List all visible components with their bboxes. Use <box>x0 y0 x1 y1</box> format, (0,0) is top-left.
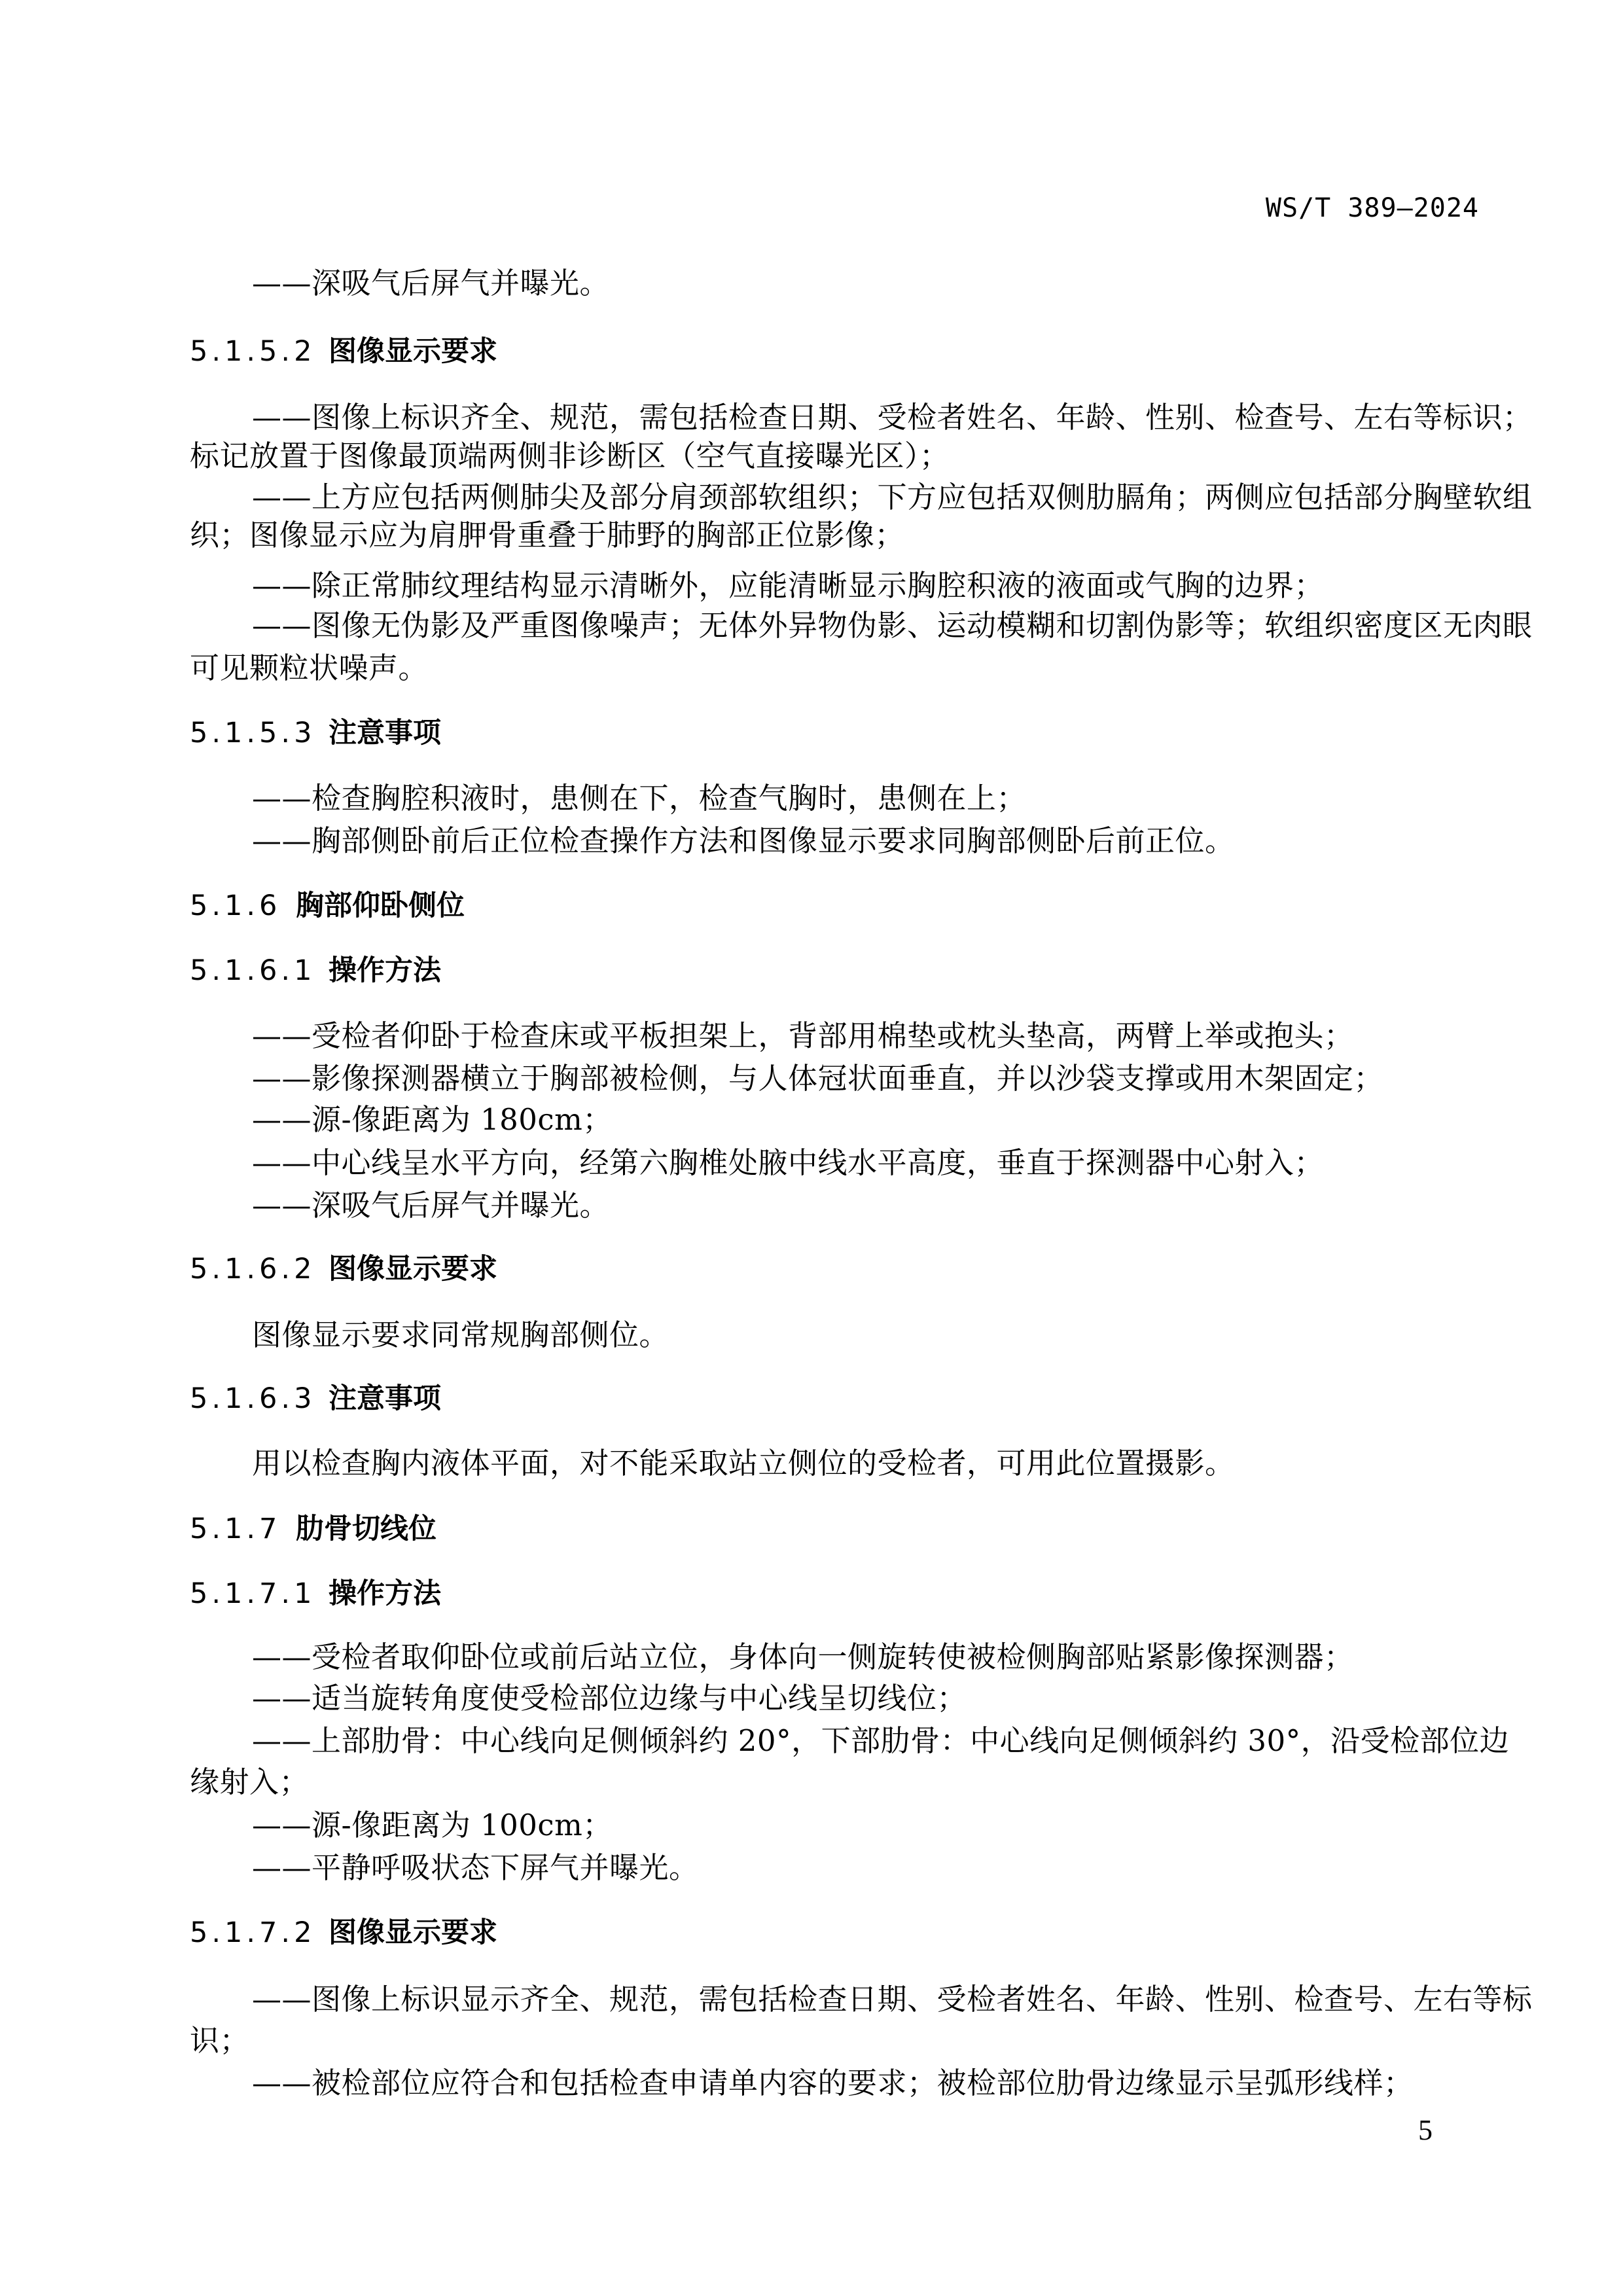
list-item: ——除正常肺纹理结构显示清晰外，应能清晰显示胸腔积液的液面或气胸的边界； <box>252 566 1544 605</box>
section-title: 操作方法 <box>329 1577 441 1610</box>
section-heading-5-1-6-3: 5.1.6.3注意事项 <box>190 1379 441 1418</box>
section-heading-5-1-5-2: 5.1.5.2图像显示要求 <box>190 332 497 371</box>
section-title: 胸部仰卧侧位 <box>296 889 465 922</box>
list-item: ——检查胸腔积液时，患侧在下，检查气胸时，患侧在上； <box>252 779 1544 818</box>
list-item: ——源-像距离为 180cm； <box>252 1100 1544 1139</box>
section-heading-5-1-6: 5.1.6胸部仰卧侧位 <box>190 886 465 925</box>
document-page: WS/T 389—2024 ——深吸气后屏气并曝光。 5.1.5.2图像显示要求… <box>0 0 1623 2296</box>
list-item-continuation: 标记放置于图像最顶端两侧非诊断区（空气直接曝光区）； <box>190 437 1482 476</box>
list-item: ——源-像距离为 100cm； <box>252 1806 1544 1845</box>
section-title: 图像显示要求 <box>329 335 497 368</box>
list-item: ——深吸气后屏气并曝光。 <box>252 264 1544 303</box>
list-item: ——图像无伪影及严重图像噪声；无体外异物伪影、运动模糊和切割伪影等；软组织密度区… <box>252 606 1544 645</box>
list-item: ——受检者仰卧于检查床或平板担架上，背部用棉垫或枕头垫高，两臂上举或抱头； <box>252 1016 1544 1056</box>
section-number: 5.1.6.1 <box>190 951 321 990</box>
section-number: 5.1.5.2 <box>190 332 321 371</box>
section-number: 5.1.7.2 <box>190 1913 321 1952</box>
section-number: 5.1.6.2 <box>190 1249 321 1289</box>
section-heading-5-1-7-1: 5.1.7.1操作方法 <box>190 1574 441 1613</box>
standard-code-header: WS/T 389—2024 <box>1266 188 1479 228</box>
section-number: 5.1.7.1 <box>190 1574 321 1613</box>
section-title: 操作方法 <box>329 954 441 987</box>
section-title: 图像显示要求 <box>329 1253 497 1285</box>
list-item: ——深吸气后屏气并曝光。 <box>252 1186 1544 1225</box>
list-item: ——适当旋转角度使受检部位边缘与中心线呈切线位； <box>252 1679 1544 1718</box>
section-title: 注意事项 <box>329 717 441 749</box>
list-item-continuation: 缘射入； <box>190 1763 1482 1802</box>
section-title: 图像显示要求 <box>329 1916 497 1949</box>
paragraph: 用以检查胸内液体平面，对不能采取站立侧位的受检者，可用此位置摄影。 <box>252 1444 1544 1483</box>
list-item: ——图像上标识齐全、规范，需包括检查日期、受检者姓名、年龄、性别、检查号、左右等… <box>252 398 1544 437</box>
section-heading-5-1-6-2: 5.1.6.2图像显示要求 <box>190 1249 497 1289</box>
section-number: 5.1.7 <box>190 1509 288 1549</box>
list-item: ——被检部位应符合和包括检查申请单内容的要求；被检部位肋骨边缘显示呈弧形线样； <box>252 2064 1544 2103</box>
list-item: ——中心线呈水平方向，经第六胸椎处腋中线水平高度，垂直于探测器中心射入； <box>252 1143 1544 1183</box>
section-heading-5-1-7: 5.1.7肋骨切线位 <box>190 1509 437 1549</box>
list-item: ——受检者取仰卧位或前后站立位，身体向一侧旋转使被检侧胸部贴紧影像探测器； <box>252 1638 1544 1677</box>
list-item: ——上方应包括两侧肺尖及部分肩颈部软组织；下方应包括双侧肋膈角；两侧应包括部分胸… <box>252 478 1544 517</box>
list-item-continuation: 可见颗粒状噪声。 <box>190 649 1482 688</box>
section-heading-5-1-6-1: 5.1.6.1操作方法 <box>190 951 441 990</box>
section-number: 5.1.5.3 <box>190 713 321 753</box>
section-heading-5-1-7-2: 5.1.7.2图像显示要求 <box>190 1913 497 1952</box>
section-title: 肋骨切线位 <box>296 1513 437 1545</box>
section-number: 5.1.6 <box>190 886 288 925</box>
list-item: ——平静呼吸状态下屏气并曝光。 <box>252 1848 1544 1888</box>
page-number: 5 <box>1418 2111 1433 2150</box>
list-item: ——影像探测器横立于胸部被检侧，与人体冠状面垂直，并以沙袋支撑或用木架固定； <box>252 1059 1544 1098</box>
section-number: 5.1.6.3 <box>190 1379 321 1418</box>
list-item: ——胸部侧卧前后正位检查操作方法和图像显示要求同胸部侧卧后前正位。 <box>252 821 1544 861</box>
section-heading-5-1-5-3: 5.1.5.3注意事项 <box>190 713 441 753</box>
list-item: ——上部肋骨：中心线向足侧倾斜约 20°，下部肋骨：中心线向足侧倾斜约 30°，… <box>252 1721 1544 1761</box>
list-item: ——图像上标识显示齐全、规范，需包括检查日期、受检者姓名、年龄、性别、检查号、左… <box>252 1980 1544 2019</box>
paragraph: 图像显示要求同常规胸部侧位。 <box>252 1316 1544 1355</box>
section-title: 注意事项 <box>329 1382 441 1415</box>
list-item-continuation: 识； <box>190 2021 1482 2060</box>
list-item-continuation: 织；图像显示应为肩胛骨重叠于肺野的胸部正位影像； <box>190 516 1482 555</box>
